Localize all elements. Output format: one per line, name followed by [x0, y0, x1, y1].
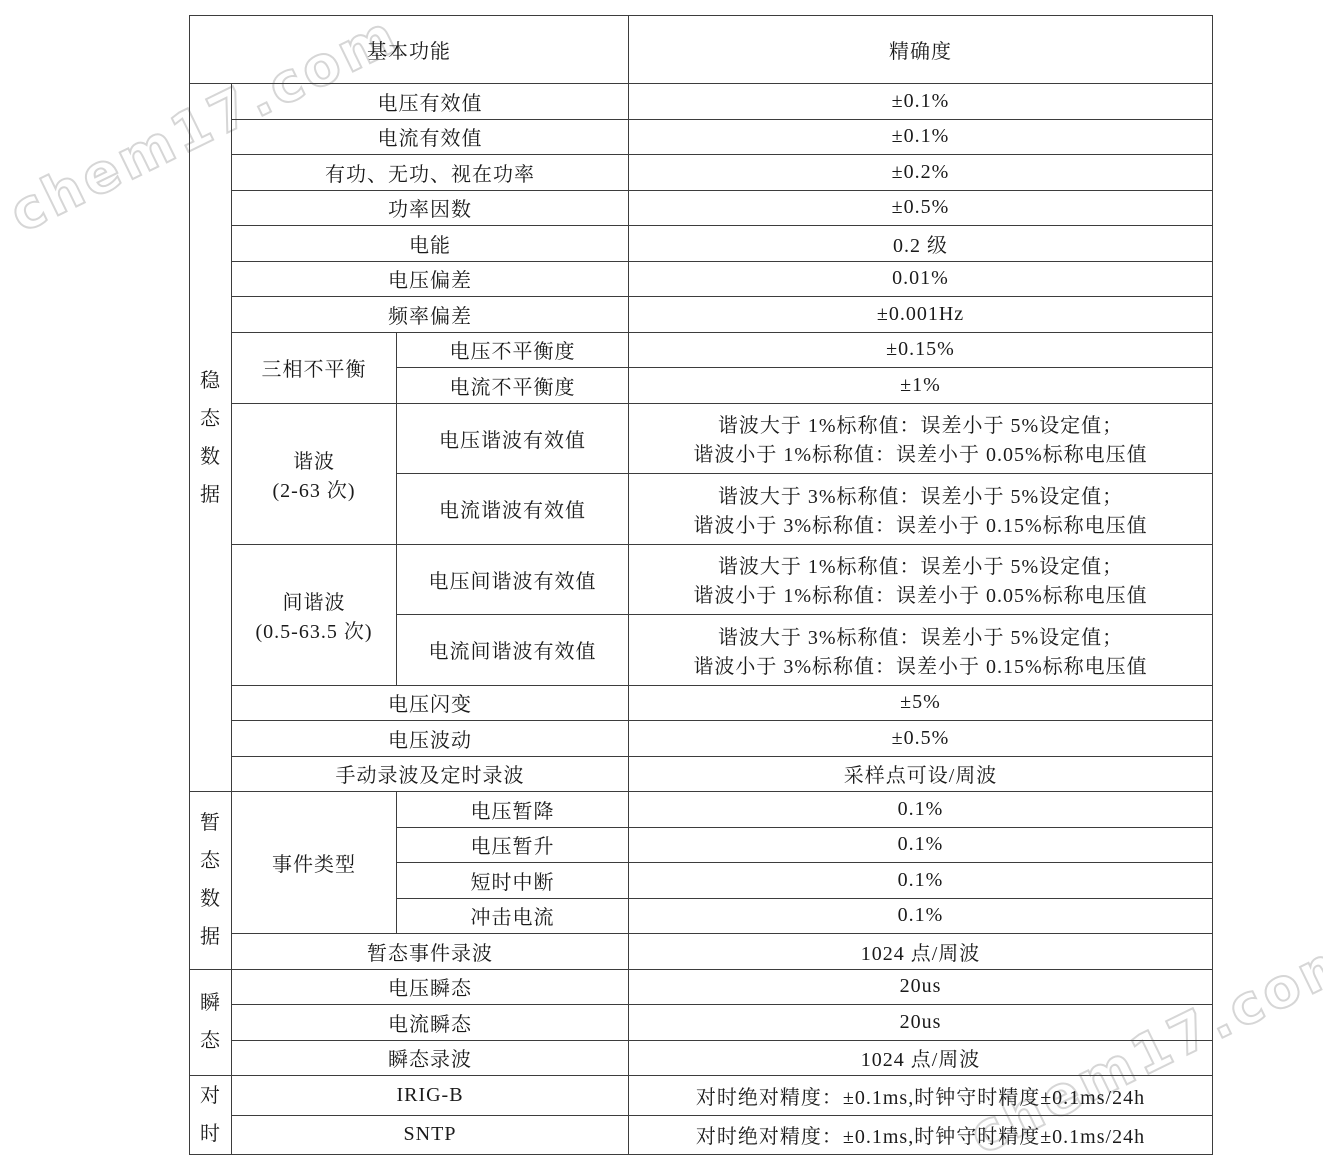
row-value: ±1%	[629, 368, 1213, 404]
row-value: ±0.1%	[629, 119, 1213, 155]
row-label-inrush-current: 冲击电流	[397, 898, 629, 934]
row-value: 0.1%	[629, 898, 1213, 934]
row-label-short-interruption: 短时中断	[397, 863, 629, 899]
row-label-voltage-flicker: 电压闪变	[232, 685, 629, 721]
table-row: 功率因数 ±0.5%	[190, 190, 1213, 226]
row-value: 20us	[629, 1005, 1213, 1041]
table-row: 暂态数据 事件类型 电压暂降 0.1%	[190, 792, 1213, 828]
document-page: chem17.com chem17.com 基本功能 精确度 稳态数据 电压有效…	[0, 0, 1323, 1167]
table-row: 电流有效值 ±0.1%	[190, 119, 1213, 155]
row-value: 对时绝对精度：±0.1ms,时钟守时精度±0.1ms/24h	[629, 1076, 1213, 1116]
header-accuracy: 精确度	[629, 16, 1213, 84]
row-label-current-instantaneous: 电流瞬态	[232, 1005, 629, 1041]
row-label-manual-timed-recording: 手动录波及定时录波	[232, 756, 629, 792]
row-label-voltage-interharmonic-rms: 电压间谐波有效值	[397, 544, 629, 615]
row-label-voltage-rms: 电压有效值	[232, 84, 629, 120]
group-instantaneous: 瞬态	[190, 969, 232, 1076]
row-value: ±5%	[629, 685, 1213, 721]
row-value: 0.1%	[629, 827, 1213, 863]
row-value: 谐波大于 3%标称值：误差小于 5%设定值； 谐波小于 3%标称值：误差小于 0…	[629, 615, 1213, 686]
table-row: 谐波 (2-63 次) 电压谐波有效值 谐波大于 1%标称值：误差小于 5%设定…	[190, 403, 1213, 474]
row-value: 对时绝对精度：±0.1ms,时钟守时精度±0.1ms/24h	[629, 1115, 1213, 1155]
group-steady-state-data: 稳态数据	[190, 84, 232, 792]
row-value: 谐波大于 1%标称值：误差小于 5%设定值； 谐波小于 1%标称值：误差小于 0…	[629, 544, 1213, 615]
row-label-current-rms: 电流有效值	[232, 119, 629, 155]
table-row: 电压闪变 ±5%	[190, 685, 1213, 721]
row-value: 0.2 级	[629, 226, 1213, 262]
row-label-voltage-sag: 电压暂降	[397, 792, 629, 828]
row-value: 20us	[629, 969, 1213, 1005]
table-row: 稳态数据 电压有效值 ±0.1%	[190, 84, 1213, 120]
table-row: 瞬态 电压瞬态 20us	[190, 969, 1213, 1005]
row-value: 谐波大于 3%标称值：误差小于 5%设定值； 谐波小于 3%标称值：误差小于 0…	[629, 474, 1213, 545]
subgroup-event-type: 事件类型	[232, 792, 397, 934]
row-label-transient-event-recording: 暂态事件录波	[232, 934, 629, 970]
table-row: 电压波动 ±0.5%	[190, 721, 1213, 757]
table-row: 电压偏差 0.01%	[190, 261, 1213, 297]
row-label-instantaneous-recording: 瞬态录波	[232, 1040, 629, 1076]
row-value: 1024 点/周波	[629, 1040, 1213, 1076]
row-label-voltage-fluctuation: 电压波动	[232, 721, 629, 757]
table-row: 电能 0.2 级	[190, 226, 1213, 262]
row-value: ±0.15%	[629, 332, 1213, 368]
row-value: ±0.2%	[629, 155, 1213, 191]
spec-table: 基本功能 精确度 稳态数据 电压有效值 ±0.1% 电流有效值 ±0.1% 有功…	[189, 15, 1213, 1155]
table-row: 手动录波及定时录波 采样点可设/周波	[190, 756, 1213, 792]
header-row: 基本功能 精确度	[190, 16, 1213, 84]
row-value: 谐波大于 1%标称值：误差小于 5%设定值； 谐波小于 1%标称值：误差小于 0…	[629, 403, 1213, 474]
row-value: 0.1%	[629, 792, 1213, 828]
table-row: 间谐波 (0.5-63.5 次) 电压间谐波有效值 谐波大于 1%标称值：误差小…	[190, 544, 1213, 615]
row-label-current-interharmonic-rms: 电流间谐波有效值	[397, 615, 629, 686]
subgroup-three-phase-unbalance: 三相不平衡	[232, 332, 397, 403]
row-label-frequency-deviation: 频率偏差	[232, 297, 629, 333]
row-value: ±0.1%	[629, 84, 1213, 120]
table-row: 电流瞬态 20us	[190, 1005, 1213, 1041]
row-value: ±0.5%	[629, 190, 1213, 226]
row-label-voltage-swell: 电压暂升	[397, 827, 629, 863]
table-row: 有功、无功、视在功率 ±0.2%	[190, 155, 1213, 191]
row-label-voltage-instantaneous: 电压瞬态	[232, 969, 629, 1005]
row-label-irig-b: IRIG-B	[232, 1076, 629, 1116]
table-row: 频率偏差 ±0.001Hz	[190, 297, 1213, 333]
row-value: ±0.5%	[629, 721, 1213, 757]
table-row: 对时 IRIG-B 对时绝对精度：±0.1ms,时钟守时精度±0.1ms/24h	[190, 1076, 1213, 1116]
row-label-voltage-unbalance: 电压不平衡度	[397, 332, 629, 368]
row-label-energy: 电能	[232, 226, 629, 262]
row-label-current-harmonic-rms: 电流谐波有效值	[397, 474, 629, 545]
group-time-sync: 对时	[190, 1076, 232, 1155]
row-value: ±0.001Hz	[629, 297, 1213, 333]
table-row: 瞬态录波 1024 点/周波	[190, 1040, 1213, 1076]
row-label-voltage-harmonic-rms: 电压谐波有效值	[397, 403, 629, 474]
row-value: 采样点可设/周波	[629, 756, 1213, 792]
row-label-voltage-deviation: 电压偏差	[232, 261, 629, 297]
subgroup-interharmonics: 间谐波 (0.5-63.5 次)	[232, 544, 397, 685]
table-row: 暂态事件录波 1024 点/周波	[190, 934, 1213, 970]
row-value: 0.1%	[629, 863, 1213, 899]
row-value: 0.01%	[629, 261, 1213, 297]
row-label-current-unbalance: 电流不平衡度	[397, 368, 629, 404]
header-basic-function: 基本功能	[190, 16, 629, 84]
row-label-power-factor: 功率因数	[232, 190, 629, 226]
row-label-power: 有功、无功、视在功率	[232, 155, 629, 191]
group-transient-data: 暂态数据	[190, 792, 232, 970]
table-row: SNTP 对时绝对精度：±0.1ms,时钟守时精度±0.1ms/24h	[190, 1115, 1213, 1155]
subgroup-harmonics: 谐波 (2-63 次)	[232, 403, 397, 544]
table-row: 三相不平衡 电压不平衡度 ±0.15%	[190, 332, 1213, 368]
row-label-sntp: SNTP	[232, 1115, 629, 1155]
row-value: 1024 点/周波	[629, 934, 1213, 970]
